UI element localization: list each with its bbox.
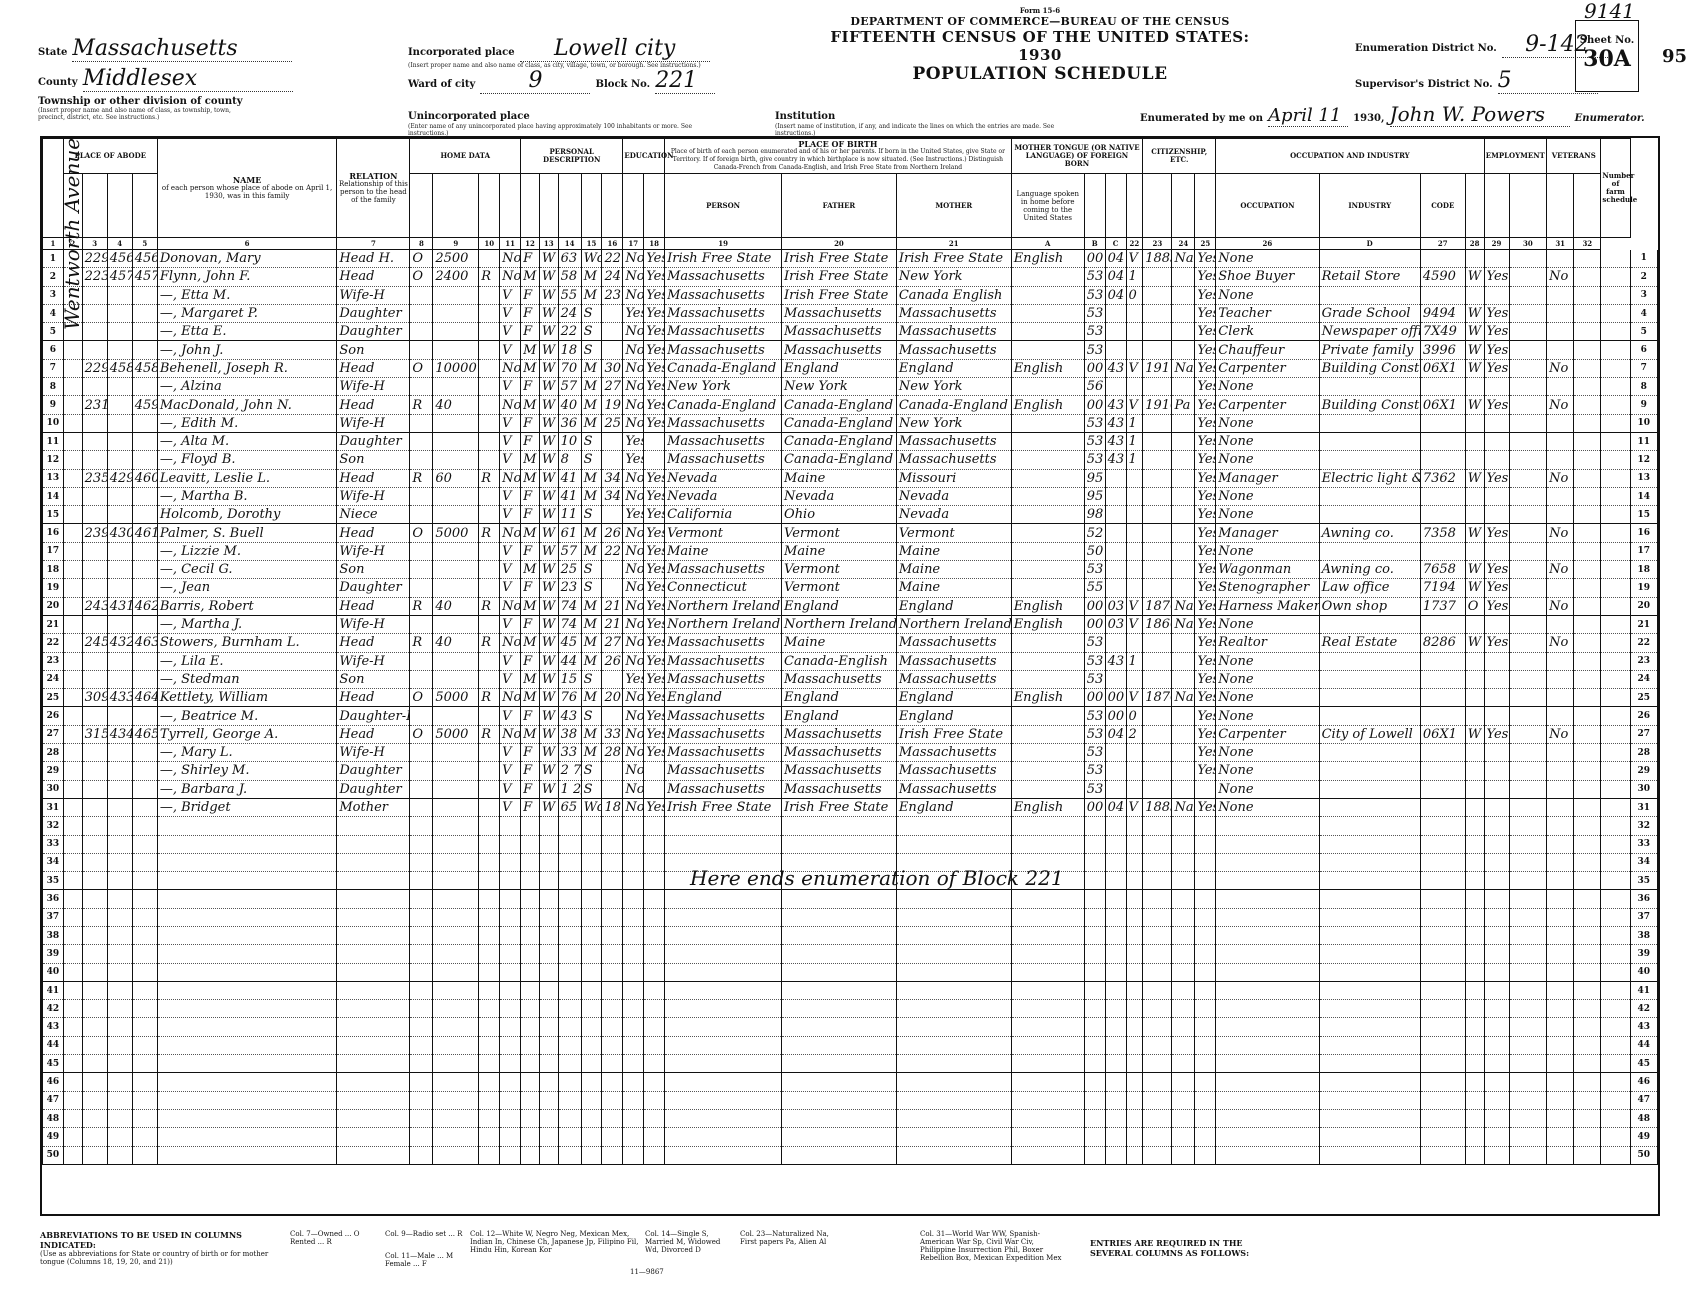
cell-immig: [1143, 707, 1172, 725]
cell-school: No: [623, 323, 644, 341]
cell-birth-person: [665, 835, 782, 853]
cell-industry: Building Construction: [1319, 359, 1420, 377]
cell-english: Yes: [1195, 707, 1216, 725]
cell-natur: [1172, 817, 1195, 835]
cell-language: English: [1011, 615, 1084, 633]
cell-school: No: [623, 744, 644, 762]
cell-code-a: 00: [1084, 597, 1105, 615]
line-number-right: 30: [1630, 780, 1657, 798]
cell-birth-mother: England: [896, 798, 1011, 816]
cell-at-work: [1484, 926, 1509, 944]
cell-at-work: [1484, 1128, 1509, 1146]
cell-immig: [1143, 414, 1172, 432]
cell-school: [623, 908, 644, 926]
cell-code-b: 43: [1105, 451, 1126, 469]
cell-at-work: [1484, 451, 1509, 469]
cell-sex: F: [521, 615, 540, 633]
cell-natur: [1172, 323, 1195, 341]
cell-occ-code: [1420, 652, 1465, 670]
cell-industry: [1319, 1091, 1420, 1109]
cell-farmsch: [1601, 670, 1630, 688]
cell-birth-person: California: [665, 506, 782, 524]
cell-natur: [1172, 963, 1195, 981]
cell-house: [82, 1055, 107, 1073]
cell-war: [1574, 1036, 1601, 1054]
table-row: 25309433464Kettlety, WilliamHeadO5000RNo…: [43, 689, 1658, 707]
cell-house: [82, 963, 107, 981]
cell-code-a: [1084, 1036, 1105, 1054]
cell-industry: [1319, 1018, 1420, 1036]
cell-tenure: [410, 1128, 433, 1146]
cell-occ-code: [1420, 1055, 1465, 1073]
cell-code-b: [1105, 762, 1126, 780]
cell-birth-father: England: [782, 707, 897, 725]
line-number-right: 9: [1630, 396, 1657, 414]
cell-radio: [479, 487, 500, 505]
cell-code-a: 50: [1084, 542, 1105, 560]
cell-industry: Awning co.: [1319, 561, 1420, 579]
unincorporated-note: (Enter name of any unincorporated place …: [408, 123, 708, 137]
cell-farm: V: [500, 561, 521, 579]
cell-dwelling: [107, 762, 132, 780]
cell-immig: [1143, 524, 1172, 542]
cell-house: [82, 1073, 107, 1091]
cell-street: [63, 707, 82, 725]
cell-dwelling: [107, 652, 132, 670]
cell-war: [1574, 744, 1601, 762]
cell-age-marr: [602, 304, 623, 322]
cell-sex: F: [521, 579, 540, 597]
title-block: Form 15-6 DEPARTMENT OF COMMERCE—BUREAU …: [820, 6, 1260, 84]
required-title: ENTRIES ARE REQUIRED IN THE SEVERAL COLU…: [1090, 1238, 1270, 1258]
cell-industry: [1319, 780, 1420, 798]
sheet-box: 9141 Sheet No. 30A: [1575, 20, 1639, 92]
cell-code-b: [1105, 908, 1126, 926]
cell-code-c: [1126, 304, 1143, 322]
cell-radio: [479, 872, 500, 890]
county-value: Middlesex: [83, 66, 293, 92]
sex-col: [521, 174, 540, 238]
cell-occupation: None: [1216, 487, 1319, 505]
column-number: 19: [665, 238, 782, 250]
cell-unemp: [1509, 1036, 1547, 1054]
cell-value: [433, 1018, 479, 1036]
cell-house: [82, 908, 107, 926]
cell-family: 462: [132, 597, 157, 615]
cell-immig: [1143, 268, 1172, 286]
cell-industry: [1319, 1036, 1420, 1054]
cell-code-b: [1105, 963, 1126, 981]
line-number: 44: [43, 1036, 64, 1054]
cell-birth-father: Massachusetts: [782, 323, 897, 341]
cell-language: English: [1011, 798, 1084, 816]
table-row: 22245432463Stowers, Burnham L.HeadR40RNo…: [43, 634, 1658, 652]
cell-age: [558, 963, 581, 981]
cell-farmsch: [1601, 725, 1630, 743]
cell-birth-father: [782, 981, 897, 999]
cell-sex: F: [521, 323, 540, 341]
cell-language: [1011, 744, 1084, 762]
cell-class: [1465, 817, 1484, 835]
cell-code-c: [1126, 487, 1143, 505]
cell-immig: [1143, 1109, 1172, 1127]
cell-read: [644, 926, 665, 944]
cell-birth-father: [782, 926, 897, 944]
cell-age-marr: [602, 506, 623, 524]
census-table: PLACE OF ABODE NAMEof each person whose …: [42, 138, 1658, 1165]
cell-sex: M: [521, 469, 540, 487]
cell-birth-mother: [896, 1146, 1011, 1164]
cell-birth-mother: New York: [896, 378, 1011, 396]
line-number-right: 1: [1630, 250, 1657, 268]
cell-marital: S: [581, 506, 602, 524]
cell-dwelling: [107, 853, 132, 871]
cell-family: [132, 963, 157, 981]
cell-age-marr: [602, 908, 623, 926]
cell-street: [63, 414, 82, 432]
cell-age: 76: [558, 689, 581, 707]
cell-birth-mother: Vermont: [896, 524, 1011, 542]
cell-farm: V: [500, 304, 521, 322]
line-number: 36: [43, 890, 64, 908]
col23-abbrev: Col. 23—Naturalized Na, First papers Pa,…: [740, 1230, 840, 1246]
cell-age: 58: [558, 268, 581, 286]
cell-age: [558, 1000, 581, 1018]
cell-age-marr: [602, 451, 623, 469]
cell-name: [157, 1109, 337, 1127]
cell-race: [539, 1146, 558, 1164]
cell-language: [1011, 762, 1084, 780]
line-number: 46: [43, 1073, 64, 1091]
cell-age-marr: 20: [602, 689, 623, 707]
cell-family: [132, 542, 157, 560]
cell-immig: [1143, 744, 1172, 762]
cell-age-marr: [602, 872, 623, 890]
cell-language: [1011, 286, 1084, 304]
line-number: 24: [43, 670, 64, 688]
column-number: 13: [539, 238, 558, 250]
cell-family: [132, 451, 157, 469]
cell-tenure: [410, 1146, 433, 1164]
cell-birth-person: [665, 1109, 782, 1127]
cell-name: —, Alta M.: [157, 432, 337, 450]
cell-family: [132, 561, 157, 579]
cell-farm: [500, 1128, 521, 1146]
cell-name: —, Lila E.: [157, 652, 337, 670]
cell-age-marr: 24: [602, 268, 623, 286]
cell-language: [1011, 469, 1084, 487]
column-number: 11: [500, 238, 521, 250]
cell-birth-father: Vermont: [782, 561, 897, 579]
cell-industry: [1319, 981, 1420, 999]
cell-language: [1011, 963, 1084, 981]
line-number-right: 28: [1630, 744, 1657, 762]
cell-unemp: [1509, 341, 1547, 359]
cell-birth-person: Massachusetts: [665, 414, 782, 432]
cell-code-c: [1126, 634, 1143, 652]
cell-birth-mother: Northern Ireland: [896, 615, 1011, 633]
cell-vet: No: [1547, 597, 1574, 615]
cell-radio: [479, 1055, 500, 1073]
census-rows: 1229456456Donovan, MaryHead H.O2500NoFW6…: [43, 250, 1658, 1165]
cell-code-a: [1084, 872, 1105, 890]
cell-code-c: [1126, 341, 1143, 359]
cell-birth-father: [782, 1091, 897, 1109]
cell-war: [1574, 1091, 1601, 1109]
cell-farmsch: [1601, 304, 1630, 322]
cell-read: Yes: [644, 597, 665, 615]
table-row: 4141: [43, 981, 1658, 999]
cell-marital: M: [581, 725, 602, 743]
cell-unemp: [1509, 359, 1547, 377]
cell-language: [1011, 926, 1084, 944]
column-number: C: [1105, 238, 1126, 250]
cell-birth-mother: Massachusetts: [896, 634, 1011, 652]
cell-immig: [1143, 1146, 1172, 1164]
cell-dwelling: [107, 1018, 132, 1036]
cell-industry: [1319, 1073, 1420, 1091]
cell-industry: Building Construction: [1319, 396, 1420, 414]
cell-name: Kettlety, William: [157, 689, 337, 707]
cell-house: 309: [82, 689, 107, 707]
cell-language: [1011, 1055, 1084, 1073]
cell-race: W: [539, 707, 558, 725]
cell-farm: V: [500, 432, 521, 450]
cell-street: [63, 652, 82, 670]
cell-family: [132, 1091, 157, 1109]
cell-occupation: None: [1216, 506, 1319, 524]
cell-relation: Wife-H: [337, 744, 410, 762]
cell-code-c: [1126, 1036, 1143, 1054]
cell-birth-person: [665, 1055, 782, 1073]
cell-age: 2 7/12: [558, 762, 581, 780]
cell-war: [1574, 414, 1601, 432]
cell-marital: [581, 1146, 602, 1164]
cell-natur: [1172, 414, 1195, 432]
cell-code-b: [1105, 304, 1126, 322]
cell-sex: [521, 853, 540, 871]
cell-radio: [479, 1091, 500, 1109]
cell-birth-mother: [896, 1109, 1011, 1127]
cell-birth-mother: [896, 890, 1011, 908]
cell-tenure: [410, 1000, 433, 1018]
cell-farm: V: [500, 487, 521, 505]
cell-birth-mother: Missouri: [896, 469, 1011, 487]
cell-school: Yes: [623, 506, 644, 524]
cell-birth-father: England: [782, 359, 897, 377]
cell-dwelling: [107, 304, 132, 322]
line-number-right: 47: [1630, 1091, 1657, 1109]
cell-class: [1465, 615, 1484, 633]
cell-value: [433, 908, 479, 926]
cell-birth-person: Massachusetts: [665, 268, 782, 286]
cell-dwelling: [107, 1109, 132, 1127]
cell-unemp: [1509, 268, 1547, 286]
incorporated-field: Incorporated place Lowell city (Insert p…: [408, 36, 710, 69]
cell-sex: F: [521, 780, 540, 798]
table-row: 3838: [43, 926, 1658, 944]
cell-language: [1011, 341, 1084, 359]
cell-value: [433, 762, 479, 780]
cell-relation: Son: [337, 451, 410, 469]
state-value: Massachusetts: [72, 36, 292, 62]
cell-occupation: [1216, 926, 1319, 944]
cell-street: [63, 725, 82, 743]
cell-tenure: [410, 798, 433, 816]
cell-code-b: [1105, 670, 1126, 688]
cell-war: [1574, 926, 1601, 944]
cell-code-c: [1126, 963, 1143, 981]
cell-war: [1574, 762, 1601, 780]
dwelling-col: [107, 174, 132, 238]
cell-code-b: 43: [1105, 432, 1126, 450]
cell-tenure: O: [410, 268, 433, 286]
cell-immig: [1143, 817, 1172, 835]
cell-value: [433, 451, 479, 469]
cell-vet: [1547, 487, 1574, 505]
cell-age: 61: [558, 524, 581, 542]
cell-code-b: 04: [1105, 286, 1126, 304]
cell-occ-code: [1420, 414, 1465, 432]
cell-occupation: [1216, 1109, 1319, 1127]
cell-occ-code: [1420, 872, 1465, 890]
cell-occ-code: 06X1: [1420, 396, 1465, 414]
cell-code-b: [1105, 945, 1126, 963]
cell-age-marr: [602, 963, 623, 981]
cell-vet: No: [1547, 634, 1574, 652]
cell-age-marr: 34: [602, 487, 623, 505]
line-number: 43: [43, 1018, 64, 1036]
cell-vet: [1547, 451, 1574, 469]
cell-industry: [1319, 798, 1420, 816]
cell-house: [82, 1146, 107, 1164]
column-number: 24: [1172, 238, 1195, 250]
cell-immig: [1143, 963, 1172, 981]
cell-birth-mother: Nevada: [896, 506, 1011, 524]
cell-unemp: [1509, 652, 1547, 670]
cell-value: [433, 707, 479, 725]
cell-read: [644, 1073, 665, 1091]
cell-language: [1011, 524, 1084, 542]
cell-street: [63, 1091, 82, 1109]
cell-immig: [1143, 506, 1172, 524]
cell-at-work: Yes: [1484, 359, 1509, 377]
cell-industry: [1319, 689, 1420, 707]
table-row: 31—, BridgetMotherVFW65Wd18NoYesIrish Fr…: [43, 798, 1658, 816]
cell-family: [132, 341, 157, 359]
cell-farmsch: [1601, 597, 1630, 615]
cell-class: [1465, 689, 1484, 707]
cell-industry: [1319, 670, 1420, 688]
cell-code-a: [1084, 1091, 1105, 1109]
cell-english: Yes: [1195, 542, 1216, 560]
cell-marital: M: [581, 689, 602, 707]
cell-occupation: Manager: [1216, 469, 1319, 487]
cell-race: W: [539, 652, 558, 670]
cell-age: 57: [558, 542, 581, 560]
cell-radio: R: [479, 524, 500, 542]
cell-birth-mother: Massachusetts: [896, 670, 1011, 688]
cell-natur: [1172, 634, 1195, 652]
code-c-col: [1126, 174, 1143, 238]
cell-age: [558, 908, 581, 926]
cell-dwelling: [107, 835, 132, 853]
cell-farmsch: [1601, 506, 1630, 524]
cell-tenure: [410, 963, 433, 981]
cell-family: 461: [132, 524, 157, 542]
cell-name: Palmer, S. Buell: [157, 524, 337, 542]
cell-farm: [500, 1146, 521, 1164]
cell-age: 70: [558, 359, 581, 377]
cell-radio: [479, 304, 500, 322]
cell-tenure: [410, 323, 433, 341]
table-row: 16239430461Palmer, S. BuellHeadO5000RNoM…: [43, 524, 1658, 542]
cell-unemp: [1509, 817, 1547, 835]
cell-immig: [1143, 1055, 1172, 1073]
cell-code-a: [1084, 963, 1105, 981]
cell-occupation: [1216, 1018, 1319, 1036]
cell-immig: 1883: [1143, 250, 1172, 268]
cell-code-c: V: [1126, 798, 1143, 816]
cell-dwelling: [107, 908, 132, 926]
line-number: 16: [43, 524, 64, 542]
cell-family: [132, 744, 157, 762]
cell-code-c: 1: [1126, 432, 1143, 450]
cell-school: [623, 1146, 644, 1164]
cell-age: [558, 1073, 581, 1091]
cell-unemp: [1509, 414, 1547, 432]
cell-relation: Daughter: [337, 762, 410, 780]
cell-vet: [1547, 798, 1574, 816]
cell-value: 2400: [433, 268, 479, 286]
cell-name: [157, 890, 337, 908]
cell-language: [1011, 432, 1084, 450]
cell-code-b: [1105, 524, 1126, 542]
cell-code-a: [1084, 926, 1105, 944]
cell-occupation: [1216, 945, 1319, 963]
cell-marital: S: [581, 451, 602, 469]
cell-code-c: [1126, 945, 1143, 963]
cell-occupation: None: [1216, 378, 1319, 396]
cell-occ-code: 9494: [1420, 304, 1465, 322]
cell-tenure: [410, 780, 433, 798]
cell-read: [644, 945, 665, 963]
cell-natur: [1172, 524, 1195, 542]
cell-code-c: [1126, 506, 1143, 524]
cell-school: [623, 981, 644, 999]
cell-english: Yes: [1195, 268, 1216, 286]
cell-value: [433, 981, 479, 999]
cell-dwelling: [107, 451, 132, 469]
cell-occ-code: 06X1: [1420, 359, 1465, 377]
cell-house: [82, 981, 107, 999]
cell-unemp: [1509, 1000, 1547, 1018]
cell-dwelling: [107, 432, 132, 450]
cell-language: [1011, 1018, 1084, 1036]
cell-family: [132, 835, 157, 853]
cell-occupation: [1216, 963, 1319, 981]
cell-occ-code: [1420, 707, 1465, 725]
cell-house: [82, 780, 107, 798]
cell-school: No: [623, 487, 644, 505]
cell-race: [539, 1055, 558, 1073]
cell-occ-code: 7658: [1420, 561, 1465, 579]
table-row: 3737: [43, 908, 1658, 926]
cell-code-b: 03: [1105, 615, 1126, 633]
cell-birth-father: [782, 835, 897, 853]
cell-code-c: V: [1126, 250, 1143, 268]
cell-code-a: [1084, 835, 1105, 853]
